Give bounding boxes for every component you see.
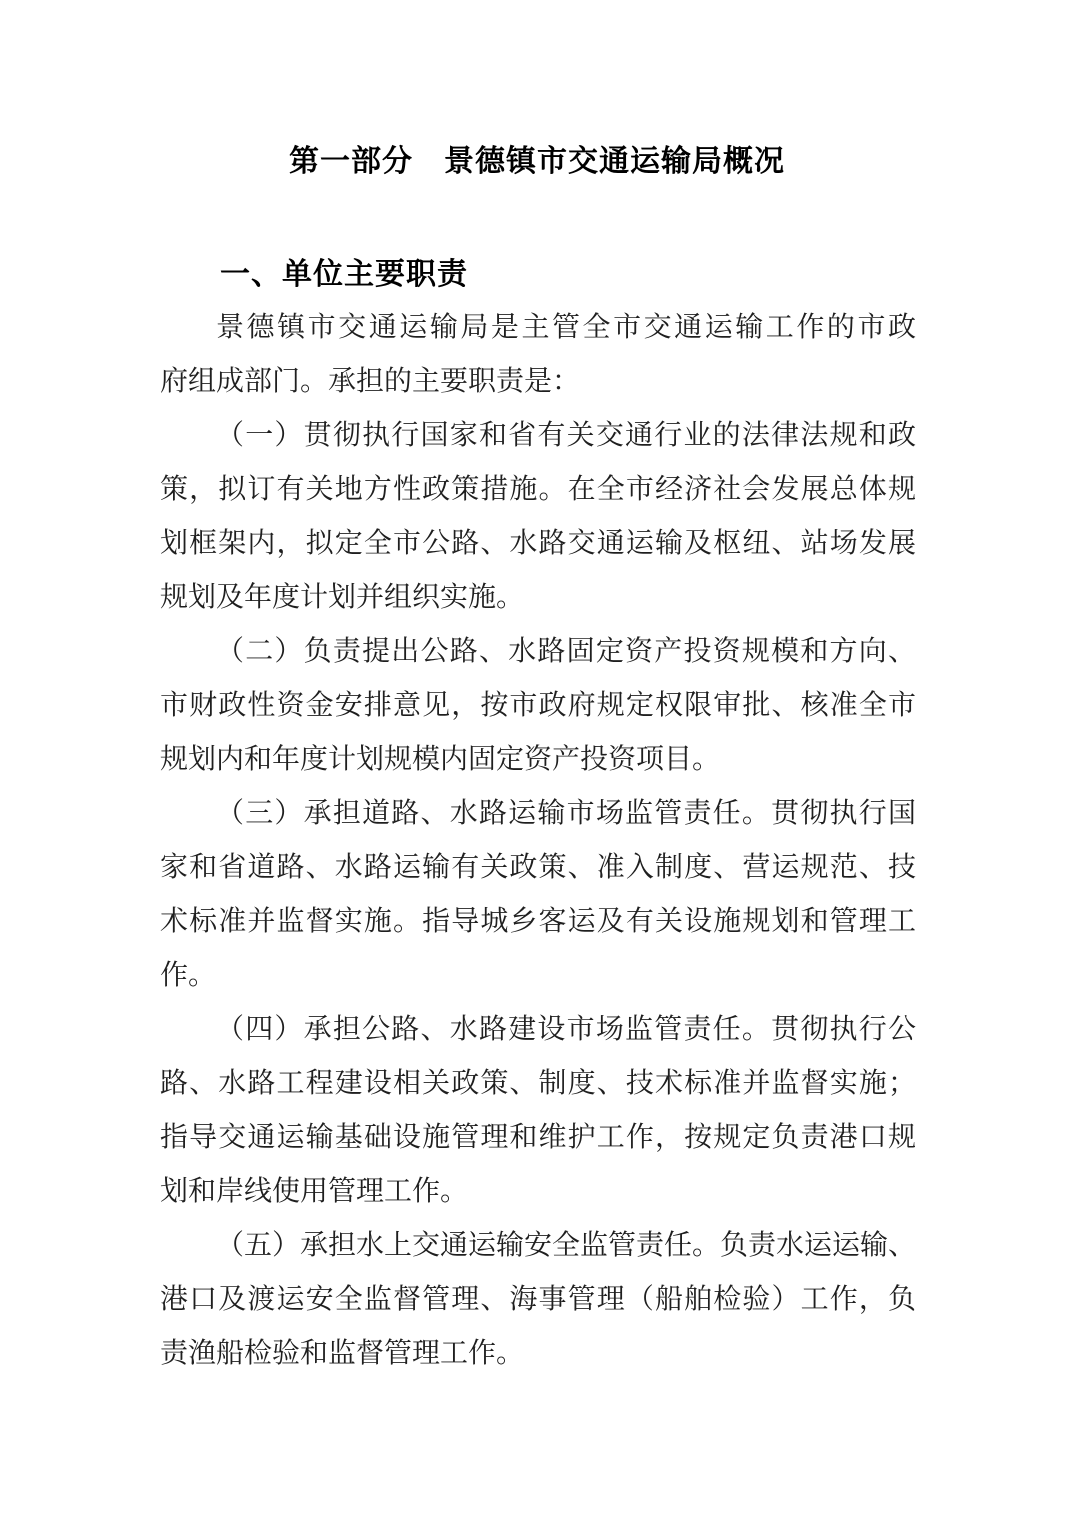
- paragraph: （二）负责提出公路、水路固定资产投资规模和方向、市财政性资金安排意见，按市政府规…: [160, 625, 916, 787]
- text-line: 作。: [160, 949, 916, 1003]
- text-line: （三）承担道路、水路运输市场监管责任。贯彻执行国: [160, 787, 916, 841]
- text-line: 景德镇市交通运输局是主管全市交通运输工作的市政: [160, 301, 916, 355]
- document-title: 第一部分 景德镇市交通运输局概况: [0, 135, 1074, 189]
- text-line: 府组成部门。承担的主要职责是：: [160, 355, 916, 409]
- text-line: 责渔船检验和监督管理工作。: [160, 1327, 916, 1381]
- paragraph: （四）承担公路、水路建设市场监管责任。贯彻执行公路、水路工程建设相关政策、制度、…: [160, 1003, 916, 1219]
- text-line: 港口及渡运安全监督管理、海事管理（船舶检验）工作，负: [160, 1273, 916, 1327]
- text-line: 路、水路工程建设相关政策、制度、技术标准并监督实施；: [160, 1057, 916, 1111]
- text-line: 术标准并监督实施。指导城乡客运及有关设施规划和管理工: [160, 895, 916, 949]
- paragraph: 景德镇市交通运输局是主管全市交通运输工作的市政府组成部门。承担的主要职责是：: [160, 301, 916, 409]
- text-line: 指导交通运输基础设施管理和维护工作，按规定负责港口规: [160, 1111, 916, 1165]
- text-line: （五）承担水上交通运输安全监管责任。负责水运运输、: [160, 1219, 916, 1273]
- document-page: 第一部分 景德镇市交通运输局概况 一、单位主要职责 景德镇市交通运输局是主管全市…: [0, 0, 1074, 1520]
- text-line: 规划内和年度计划规模内固定资产投资项目。: [160, 733, 916, 787]
- section-heading: 一、单位主要职责: [160, 248, 916, 302]
- paragraph: （一）贯彻执行国家和省有关交通行业的法律法规和政策，拟订有关地方性政策措施。在全…: [160, 409, 916, 625]
- document-body: 景德镇市交通运输局是主管全市交通运输工作的市政府组成部门。承担的主要职责是：（一…: [160, 301, 916, 1381]
- text-line: （二）负责提出公路、水路固定资产投资规模和方向、: [160, 625, 916, 679]
- text-line: 划和岸线使用管理工作。: [160, 1165, 916, 1219]
- text-line: 划框架内，拟定全市公路、水路交通运输及枢纽、站场发展: [160, 517, 916, 571]
- text-line: （一）贯彻执行国家和省有关交通行业的法律法规和政: [160, 409, 916, 463]
- text-line: 策，拟订有关地方性政策措施。在全市经济社会发展总体规: [160, 463, 916, 517]
- paragraph: （五）承担水上交通运输安全监管责任。负责水运运输、港口及渡运安全监督管理、海事管…: [160, 1219, 916, 1381]
- text-line: （四）承担公路、水路建设市场监管责任。贯彻执行公: [160, 1003, 916, 1057]
- paragraph: （三）承担道路、水路运输市场监管责任。贯彻执行国家和省道路、水路运输有关政策、准…: [160, 787, 916, 1003]
- text-line: 市财政性资金安排意见，按市政府规定权限审批、核准全市: [160, 679, 916, 733]
- text-line: 规划及年度计划并组织实施。: [160, 571, 916, 625]
- text-line: 家和省道路、水路运输有关政策、准入制度、营运规范、技: [160, 841, 916, 895]
